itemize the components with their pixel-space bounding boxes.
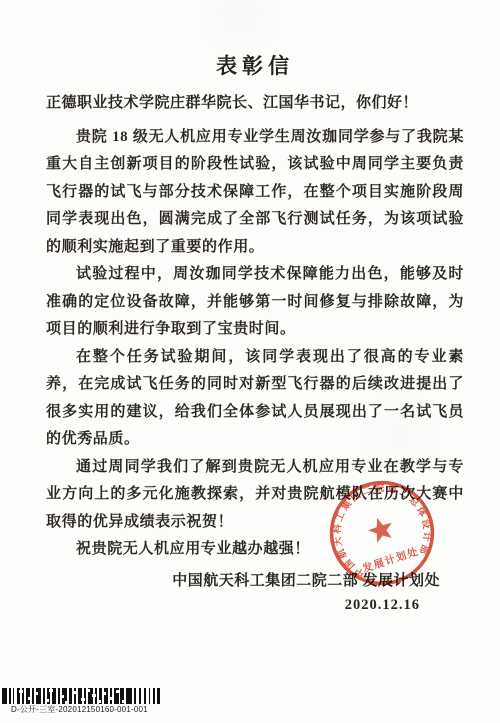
scanned-letter-page: 表彰信 正德职业技术学院庄群华院长、江国华书记，你们好！ 贵院 18 级无人机应…	[0, 0, 500, 723]
paragraph: 贵院 18 级无人机应用专业学生周汝珈同学参与了我院某重大自主创新项目的阶段性试…	[46, 124, 464, 262]
letter-body: 表彰信 正德职业技术学院庄群华院长、江国华书记，你们好！ 贵院 18 级无人机应…	[46, 50, 464, 614]
barcode-label: D-公开-三室-202012150160-001-001	[11, 705, 160, 714]
letter-title: 表彰信	[46, 50, 464, 80]
paragraph: 试验过程中，周汝珈同学技术保障能力出色，能够及时准确的定位设备故障，并能够第一时…	[46, 261, 464, 344]
paragraph: 祝贵院无人机应用专业越办越强！	[46, 536, 464, 564]
paragraph: 通过周同学我们了解到贵院无人机应用专业在教学与专业方向上的多元化施教探索，并对贵…	[46, 454, 464, 537]
paragraph: 在整个任务试验期间，该同学表现出了很高的专业素养，在完成试飞任务的同时对新型飞行…	[46, 344, 464, 454]
barcode-block: D-公开-三室-202012150160-001-001	[2, 688, 160, 714]
date-line: 2020.12.16	[46, 597, 464, 614]
signature-line: 中国航天科工集团二院二部 发展计划处	[46, 569, 464, 590]
barcode	[2, 688, 160, 705]
letter-salutation: 正德职业技术学院庄群华院长、江国华书记，你们好！	[46, 90, 464, 118]
letter-paragraphs: 贵院 18 级无人机应用专业学生周汝珈同学参与了我院某重大自主创新项目的阶段性试…	[46, 124, 464, 564]
